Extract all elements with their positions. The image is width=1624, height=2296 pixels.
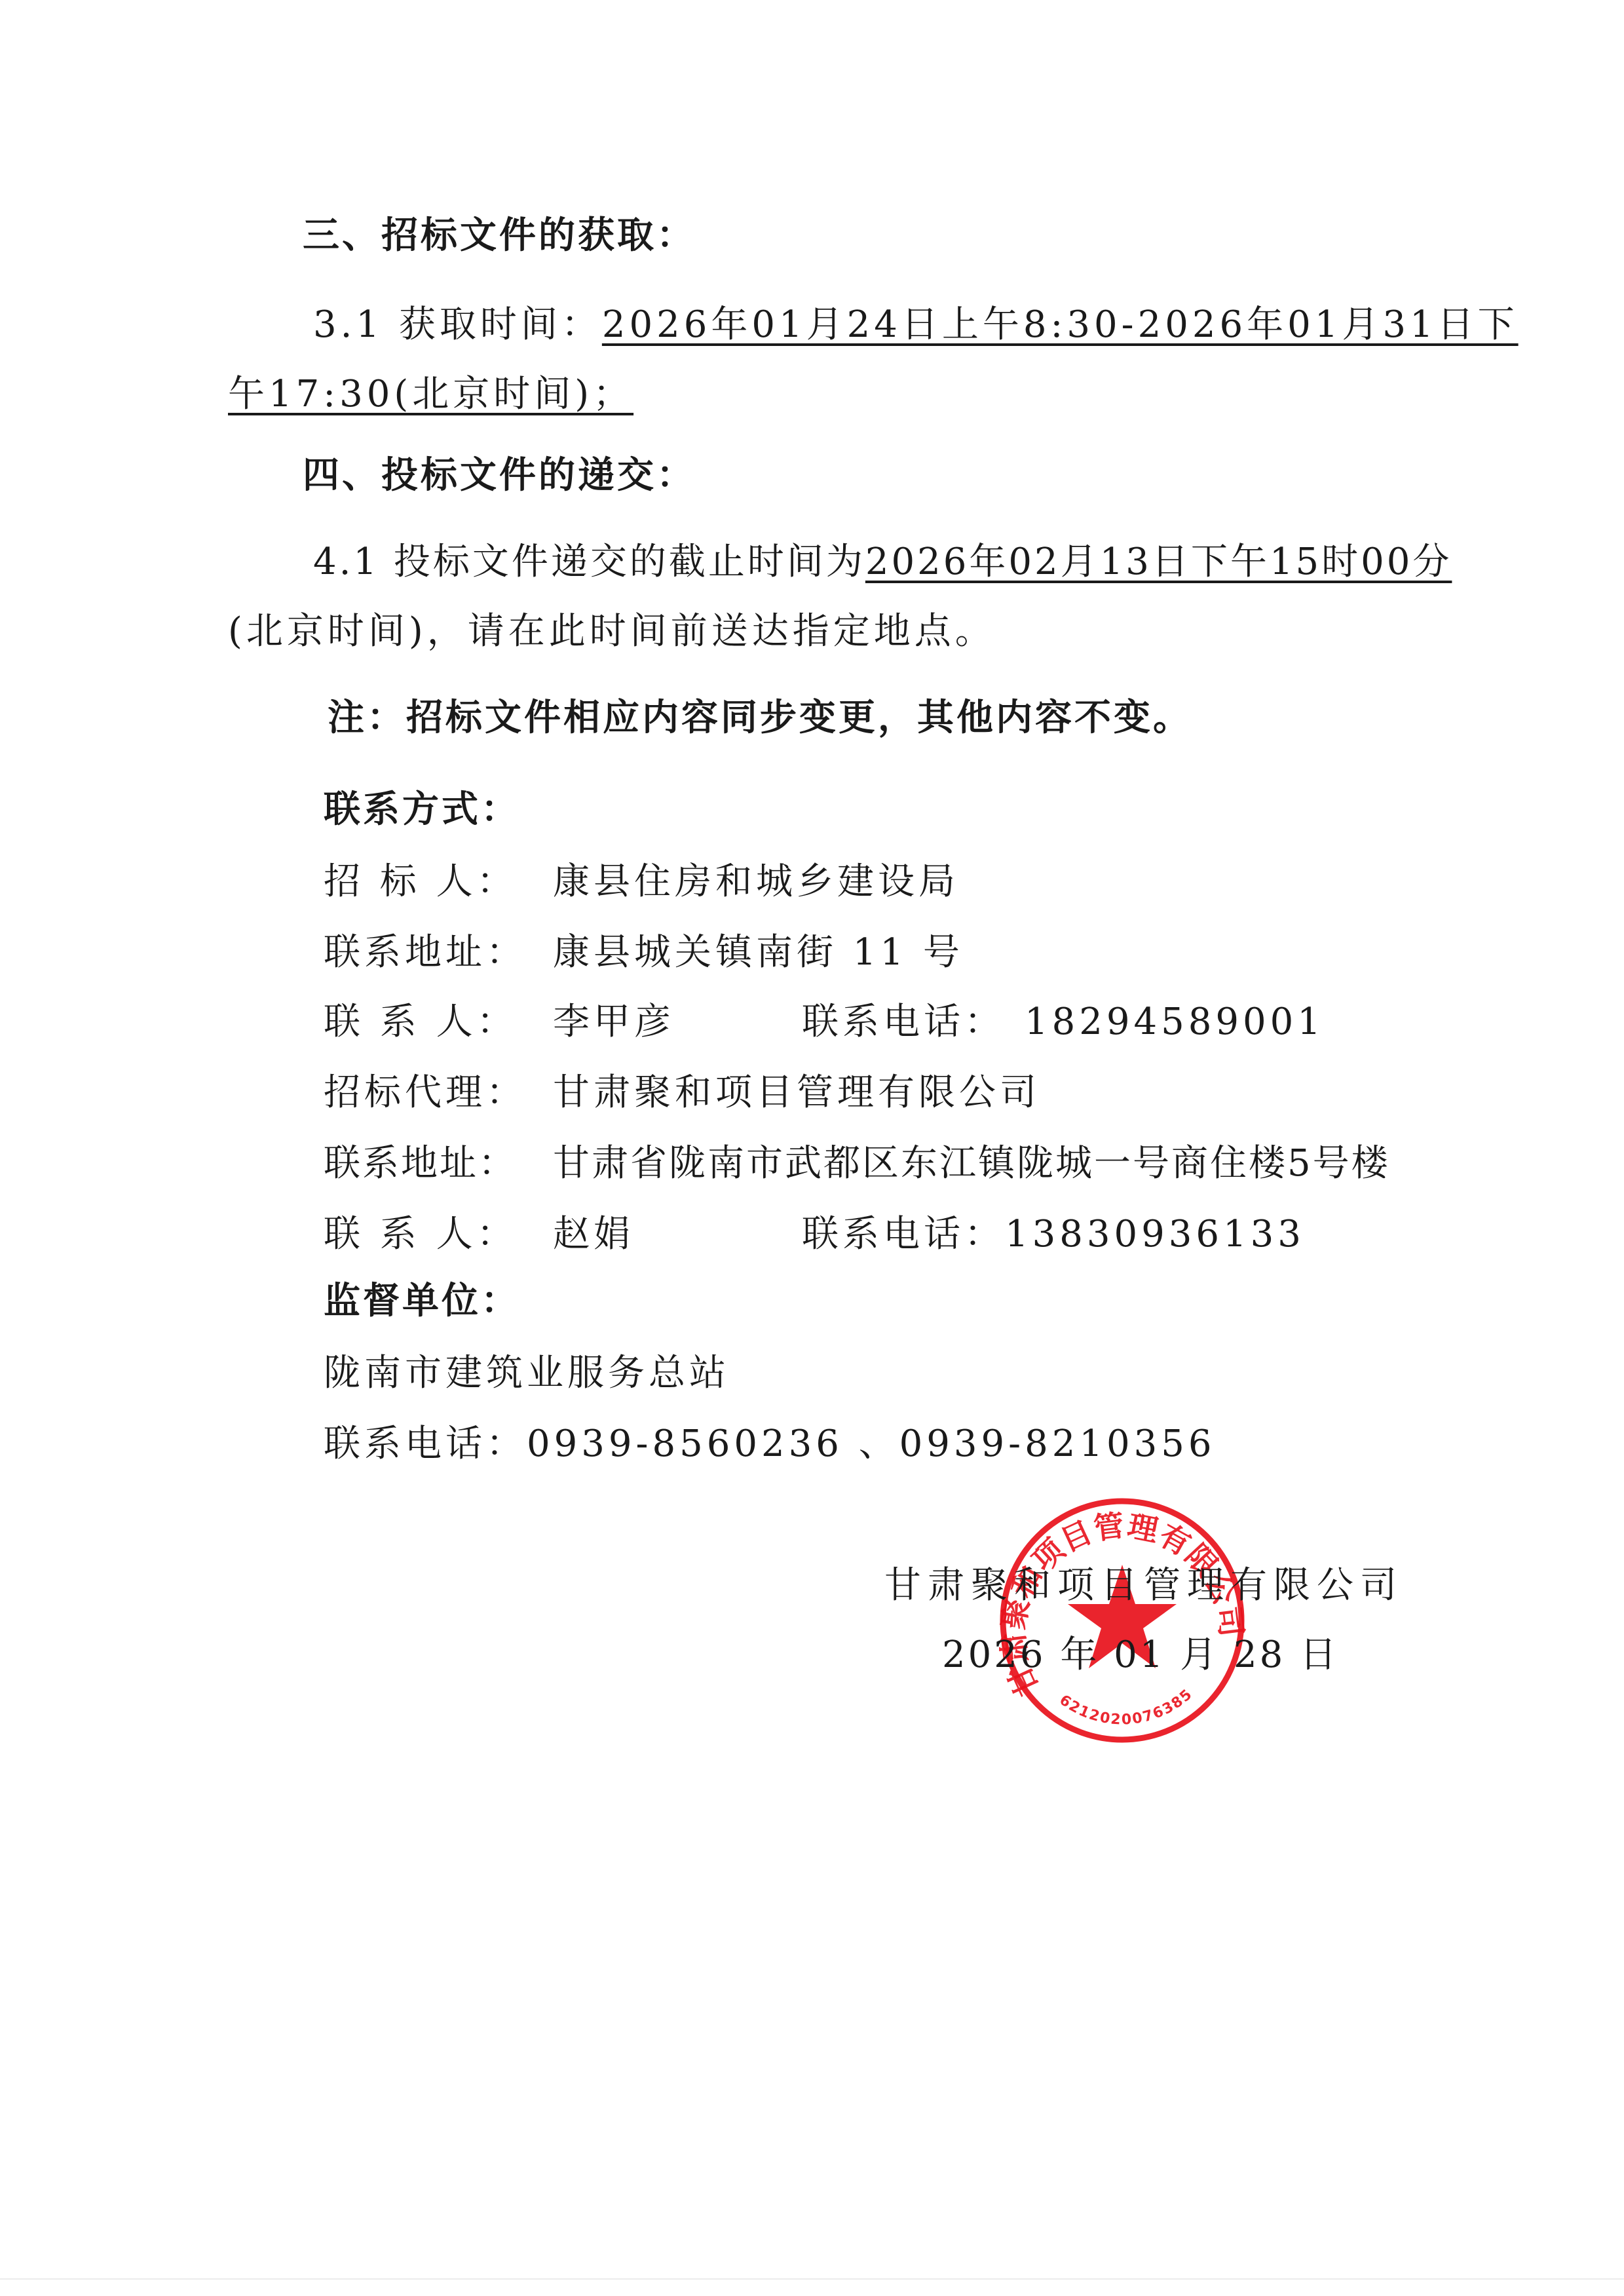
section3-item-line2: 午17:30(北京时间)；	[228, 371, 633, 418]
section4-item-line2: (北京时间)，请在此时间前送达指定地点。	[228, 608, 996, 655]
agent-phone-label: 联系电话：	[802, 1211, 1005, 1258]
agent-contact-name: 赵娟	[553, 1211, 802, 1258]
section3-item-line1: 3.1 获取时间：2026年01月24日上午8:30-2026年01月31日下	[313, 301, 1519, 349]
page-bottom-edge	[0, 2278, 1624, 2280]
agent-address-label: 联系地址：	[324, 1140, 553, 1187]
tenderer-address-label: 联系地址：	[324, 929, 553, 976]
tenderer-contact-label: 联 系 人：	[324, 999, 553, 1046]
note-text: 注：招标文件相应内容同步变更，其他内容不变。	[328, 695, 1192, 742]
section4-item-prefix: 4.1 投标文件递交的截止时间为	[313, 541, 865, 583]
stamp-code: 6212020076385	[1056, 1686, 1196, 1729]
tenderer-phone: 18294589001	[1025, 1001, 1325, 1043]
signature-company: 甘肃聚和项目管理有限公司	[884, 1562, 1403, 1609]
supervision-org: 陇南市建筑业服务总站	[324, 1350, 730, 1397]
official-seal-stamp: 甘肃聚和项目管理有限公司 6212020076385	[994, 1493, 1250, 1748]
section4-deadline: 2026年02月13日下午15时00分	[865, 541, 1452, 583]
tenderer-phone-label: 联系电话：	[802, 999, 1025, 1046]
agent-address-row: 联系地址：甘肃省陇南市武都区东江镇陇城一号商住楼5号楼	[324, 1140, 1390, 1187]
tenderer-value: 康县住房和城乡建设局	[553, 858, 959, 906]
agent-row: 招标代理：甘肃聚和项目管理有限公司	[324, 1069, 1040, 1117]
section4-heading: 四、投标文件的递交：	[303, 452, 696, 499]
tenderer-contact-row: 联 系 人：李甲彦联系电话：18294589001	[324, 999, 1325, 1046]
agent-phone: 13830936133	[1005, 1213, 1305, 1255]
tenderer-label: 招 标 人：	[324, 858, 553, 906]
section3-item-label: 3.1 获取时间：	[313, 303, 602, 346]
tenderer-row: 招 标 人：康县住房和城乡建设局	[324, 858, 959, 906]
supervision-phone-label: 联系电话：	[324, 1423, 527, 1465]
svg-text:6212020076385: 6212020076385	[1056, 1686, 1196, 1729]
supervision-phone-row: 联系电话：0939-8560236 、0939-8210356	[324, 1421, 1215, 1468]
section3-heading: 三、招标文件的获取：	[303, 212, 696, 259]
section3-item-value: 2026年01月24日上午8:30-2026年01月31日下	[602, 303, 1519, 346]
contact-heading: 联系方式：	[324, 786, 520, 833]
agent-contact-row: 联 系 人：赵娟联系电话：13830936133	[324, 1211, 1305, 1258]
supervision-heading: 监督单位：	[324, 1278, 520, 1325]
tenderer-contact-name: 李甲彦	[553, 999, 802, 1046]
supervision-phones: 0939-8560236 、0939-8210356	[527, 1423, 1215, 1465]
signature-date: 2026 年 01 月 28 日	[942, 1632, 1339, 1679]
agent-label: 招标代理：	[324, 1069, 553, 1117]
section4-item-line1: 4.1 投标文件递交的截止时间为2026年02月13日下午15时00分	[313, 539, 1452, 586]
agent-value: 甘肃聚和项目管理有限公司	[553, 1069, 1040, 1117]
tenderer-address-row: 联系地址：康县城关镇南街 11 号	[324, 929, 964, 976]
agent-address-value: 甘肃省陇南市武都区东江镇陇城一号商住楼5号楼	[553, 1140, 1390, 1187]
tenderer-address-value: 康县城关镇南街 11 号	[553, 929, 964, 976]
agent-contact-label: 联 系 人：	[324, 1211, 553, 1258]
